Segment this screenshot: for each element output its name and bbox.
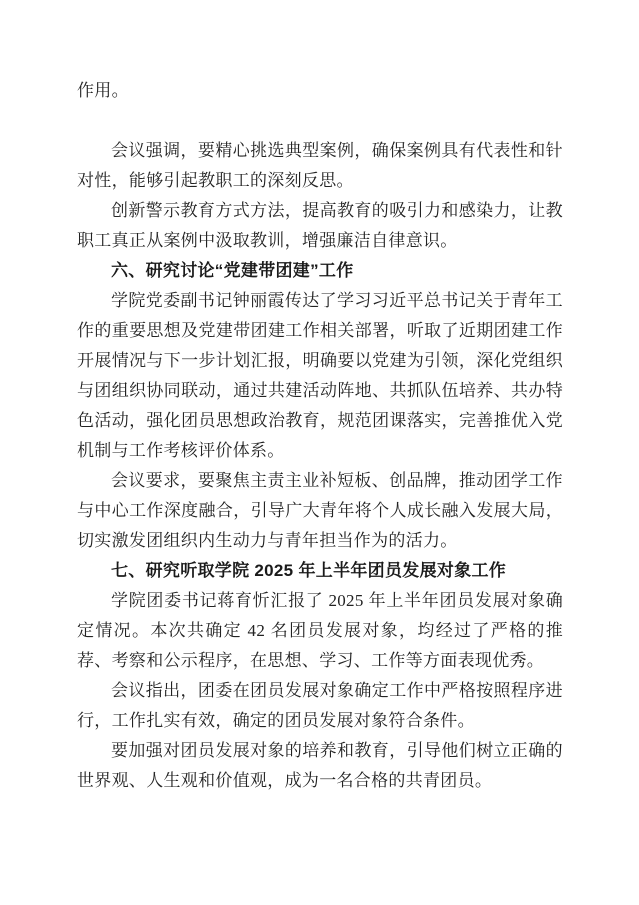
- body-paragraph: 会议指出，团委在团员发展对象确定工作中严格按照程序进行，工作扎实有效，确定的团员…: [77, 676, 563, 736]
- blank-line: [77, 106, 563, 136]
- body-paragraph: 要加强对团员发展对象的培养和教育，引导他们树立正确的世界观、人生观和价值观，成为…: [77, 736, 563, 796]
- body-paragraph: 学院团委书记蒋育忻汇报了 2025 年上半年团员发展对象确定情况。本次共确定 4…: [77, 586, 563, 676]
- body-paragraph: 创新警示教育方式方法，提高教育的吸引力和感染力，让教职工真正从案例中汲取教训，增…: [77, 196, 563, 256]
- body-paragraph: 作用。: [77, 76, 563, 106]
- document-page: 作用。会议强调，要精心挑选典型案例，确保案例具有代表性和针对性，能够引起教职工的…: [0, 0, 639, 905]
- body-paragraph: 会议要求，要聚焦主责主业补短板、创品牌，推动团学工作与中心工作深度融合，引导广大…: [77, 466, 563, 556]
- document-body: 作用。会议强调，要精心挑选典型案例，确保案例具有代表性和针对性，能够引起教职工的…: [77, 76, 563, 796]
- section-heading: 六、研究讨论“党建带团建”工作: [77, 256, 563, 286]
- body-paragraph: 会议强调，要精心挑选典型案例，确保案例具有代表性和针对性，能够引起教职工的深刻反…: [77, 136, 563, 196]
- section-heading: 七、研究听取学院 2025 年上半年团员发展对象工作: [77, 556, 563, 586]
- body-paragraph: 学院党委副书记钟丽霞传达了学习习近平总书记关于青年工作的重要思想及党建带团建工作…: [77, 286, 563, 466]
